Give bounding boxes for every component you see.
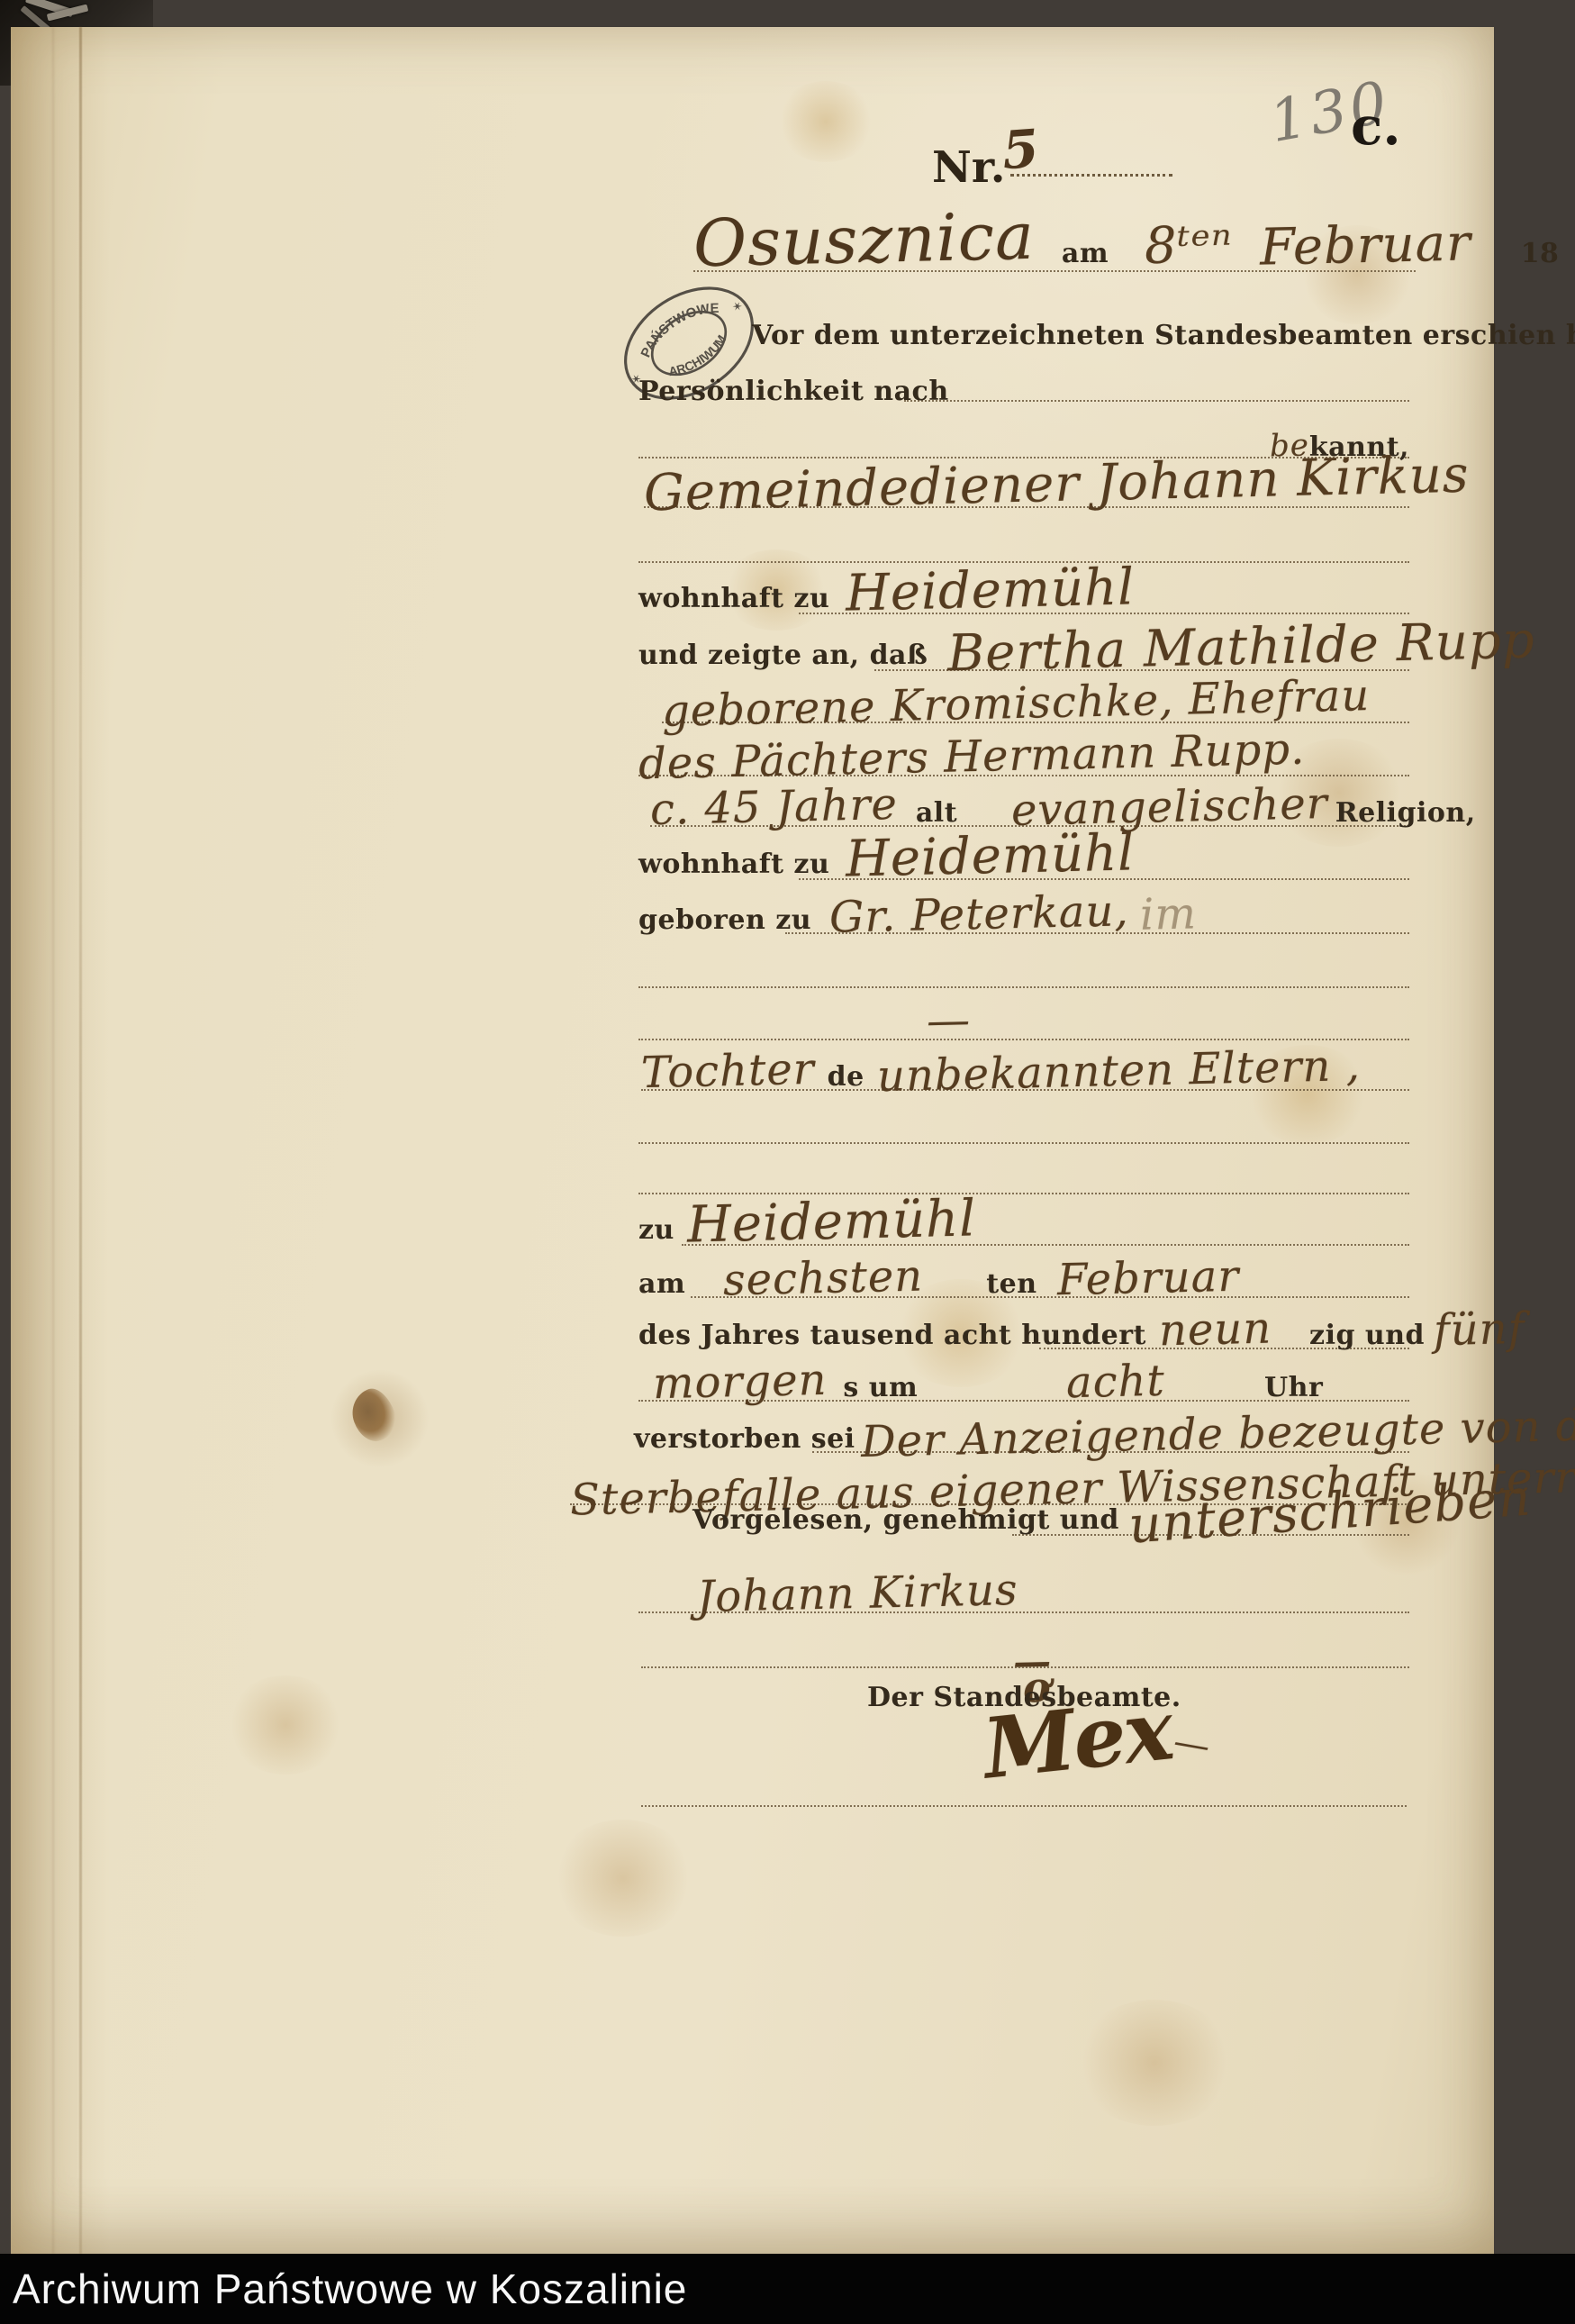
form-line-vorgelesen: Vorgelesen, genehmigt undunterschrieben <box>692 1484 1409 1541</box>
printed-text: 18 <box>1521 238 1560 269</box>
handwritten-text: neun <box>1158 1303 1272 1357</box>
printed-text: verstorben sei <box>634 1423 855 1455</box>
printed-text: ten <box>986 1268 1036 1300</box>
printed-text: wohnhaft zu <box>638 849 829 880</box>
form-line-sterbetag: amsechstentenFebruar <box>638 1246 1409 1303</box>
handwritten-text: Heidemühl <box>686 1189 976 1254</box>
form-line-strich: — <box>638 988 1409 1046</box>
form-line-unterschrift-anzeigender: Johann Kirkus <box>638 1561 1409 1619</box>
form-line-wohnort-anzeigender: wohnhaft zuHeidemühl <box>638 562 1409 620</box>
form-line-blank-4 <box>638 1142 1409 1200</box>
handwritten-text: Heidemühl <box>846 558 1136 622</box>
scanned-document-photo: { "page": { "pencil_number": "130", "pag… <box>0 0 1575 2324</box>
handwritten-text: Johann Kirkus <box>696 1565 1018 1622</box>
form-line-eltern: Tochterdeunbekannten Eltern , <box>641 1039 1409 1096</box>
printed-text: am <box>638 1268 685 1300</box>
form-line-blank-5 <box>641 1616 1409 1674</box>
dotted-rule <box>641 1666 1409 1668</box>
printed-text: geboren zu <box>638 904 811 936</box>
archive-caption-bar: Archiwum Państwowe w Koszalinie <box>0 2254 1575 2324</box>
form-line-sterbejahr: des Jahres tausend acht hundertneunzig u… <box>638 1297 1409 1355</box>
form-line-alter-religion: c. 45 JahrealtevangelischerReligion, <box>650 775 1409 832</box>
dotted-rule <box>641 1805 1407 1807</box>
form-line-sterbezeit: morgens umachtUhr <box>638 1349 1409 1407</box>
archive-caption-text: Archiwum Państwowe w Koszalinie <box>13 2265 687 2313</box>
printed-text: zu <box>638 1214 674 1246</box>
handwritten-text: im <box>1139 888 1197 940</box>
printed-text: de <box>828 1061 864 1093</box>
form-line-sterbeort: zuHeidemühl <box>638 1194 1409 1251</box>
form-line-blank-6 <box>641 1755 1407 1812</box>
printed-text: des Jahres tausend acht hundert <box>638 1320 1146 1351</box>
form-line-geborene: geborene Kromischke, Ehefrau <box>662 671 1409 729</box>
printed-text: s um <box>843 1372 918 1403</box>
printed-text: zig und <box>1309 1320 1425 1351</box>
handwritten-text: Tochter <box>640 1044 815 1098</box>
printed-text: Persönlichkeit nach <box>638 376 949 407</box>
handwritten-text: fünf <box>1433 1303 1525 1356</box>
form-line-blank-2 <box>638 936 1409 994</box>
form-line-anzeigender: Gemeindediener Johann Kirkus <box>644 456 1409 513</box>
printed-text: am <box>1062 238 1109 269</box>
form-line-geburtsort: geboren zuGr. Peterkau,im <box>638 882 1409 940</box>
form-line-verstorben: verstorben seiDer Anzeigende bezeugte vo… <box>634 1401 1409 1458</box>
handwritten-text: Osusznica <box>692 198 1036 282</box>
form-line-anzeige: und zeigte an, daßBertha Mathilde Rupp <box>638 619 1409 676</box>
printed-text: Religion, <box>1335 797 1476 829</box>
handwritten-text: Heidemühl <box>846 823 1136 888</box>
register-page: 130 c. Nr. 5 PAŃSTWOWE ARCHIWUM ✶ ✶ — ơ … <box>11 27 1494 2254</box>
printed-text: alt <box>916 797 957 829</box>
form-line-blank-3 <box>638 1092 1409 1149</box>
form-line-wohnort-verstorbene: wohnhaft zuHeidemühl <box>638 828 1409 885</box>
form-lines: Osusznicaam8ᵗᵉⁿFebruar1895Vor dem unterz… <box>11 27 1494 2254</box>
form-line-persoenlichkeit: Persönlichkeit nach <box>638 350 1409 407</box>
handwritten-text: 8ᵗᵉⁿ <box>1144 215 1233 276</box>
printed-text: wohnhaft zu <box>638 583 829 614</box>
form-line-ehemann: des Pächters Hermann Rupp. <box>638 724 1409 782</box>
handwritten-text: Gr. Peterkau, <box>828 885 1129 943</box>
printed-text: Vor dem unterzeichneten Standesbeamten e… <box>752 320 1575 351</box>
printed-text: Uhr <box>1264 1372 1323 1403</box>
handwritten-text: Februar <box>1259 213 1471 277</box>
printed-text: und zeigte an, daß <box>638 640 928 671</box>
form-line-date: Osusznicaam8ᵗᵉⁿFebruar1895 <box>693 220 1416 277</box>
printed-text: Vorgelesen, genehmigt und <box>692 1504 1119 1536</box>
